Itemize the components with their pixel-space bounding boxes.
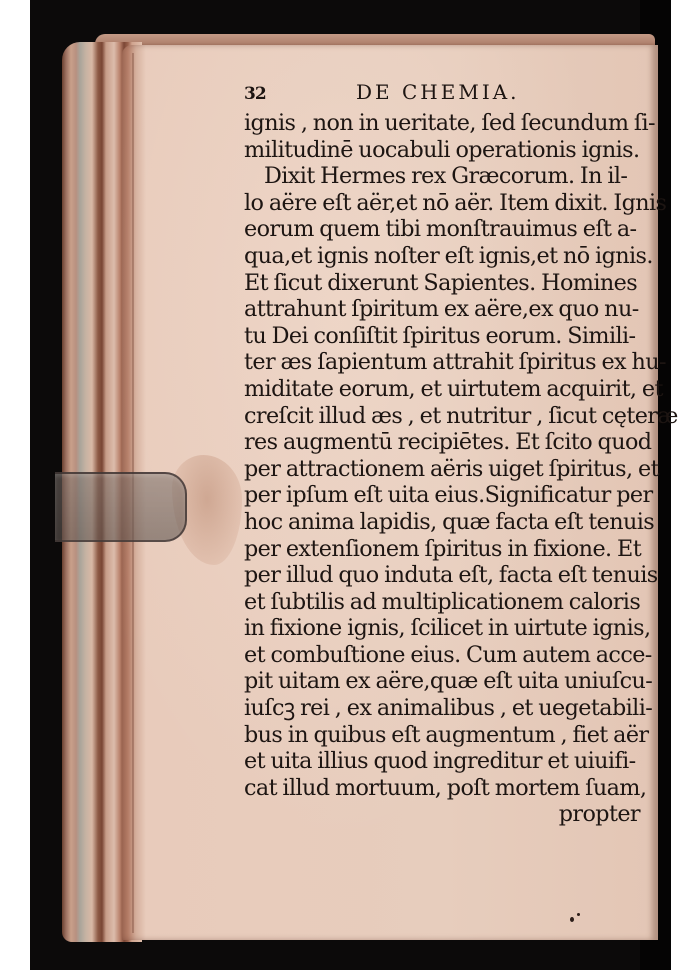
text-line: tu Dei conſiſtit ſpiritus eorum. Simili- — [244, 323, 644, 350]
running-title: DE CHEMIA. — [356, 80, 520, 104]
text-line: et combuſtione eius. Cum autem acce- — [244, 642, 644, 669]
text-line: cat illud mortuum, poſt mortem ſuam, — [244, 775, 644, 802]
text-line: per illud quo induta eſt, facta eſt tenu… — [244, 562, 644, 589]
text-line: et uita illius quod ingreditur et uiuifi… — [244, 748, 644, 775]
text-line: pit uitam ex aëre,quæ eſt uita uniuſcu- — [244, 668, 644, 695]
text-line: ignis , non in ueritate, ſed ſecundum ſi… — [244, 110, 644, 137]
catchword: propter — [244, 801, 644, 828]
text-block: 32 DE CHEMIA. ignis , non in ueritate, ſ… — [244, 80, 644, 828]
ink-speck — [577, 913, 580, 916]
text-line: Dixit Hermes rex Græcorum. In il- — [244, 163, 644, 190]
text-line: res augmentū recipiētes. Et ſcito quod — [244, 429, 644, 456]
page-clip-holder — [55, 472, 187, 542]
text-line: et ſubtilis ad multiplicationem caloris — [244, 589, 644, 616]
text-line: Et ſicut dixerunt Sapientes. Homines — [244, 270, 644, 297]
text-line: militudinē uocabuli operationis ignis. — [244, 137, 644, 164]
text-line: per ipſum eſt uita eius.Significatur per — [244, 482, 644, 509]
text-line: iuſcꝫ rei , ex animalibus , et uegetabil… — [244, 695, 644, 722]
text-line: ter æs ſapientum attrahit ſpiritus ex hu… — [244, 349, 644, 376]
text-line: lo aëre eſt aër,et nō aër. Item dixit. I… — [244, 190, 644, 217]
running-head: 32 DE CHEMIA. — [244, 80, 644, 110]
text-line: in fixione ignis, ſcilicet in uirtute ig… — [244, 615, 644, 642]
body-text: ignis , non in ueritate, ſed ſecundum ſi… — [244, 110, 644, 801]
text-line: qua,et ignis noſter eſt ignis,et nō igni… — [244, 243, 644, 270]
text-line: per attractionem aëris uiget ſpiritus, e… — [244, 456, 644, 483]
text-line: hoc anima lapidis, quæ facta eſt tenuis — [244, 509, 644, 536]
text-line: miditate eorum, et uirtutem acquirit, et — [244, 376, 644, 403]
text-line: per extenſionem ſpiritus in fixione. Et — [244, 536, 644, 563]
text-line: eorum quem tibi monſtrauimus eſt a- — [244, 216, 644, 243]
text-line: bus in quibus eſt augmentum , fiet aër — [244, 722, 644, 749]
text-line: creſcit illud æs , et nutritur , ſicut c… — [244, 403, 644, 430]
ink-speck — [570, 917, 574, 922]
page-number: 32 — [244, 84, 266, 104]
text-line: attrahunt ſpiritum ex aëre,ex quo nu- — [244, 296, 644, 323]
